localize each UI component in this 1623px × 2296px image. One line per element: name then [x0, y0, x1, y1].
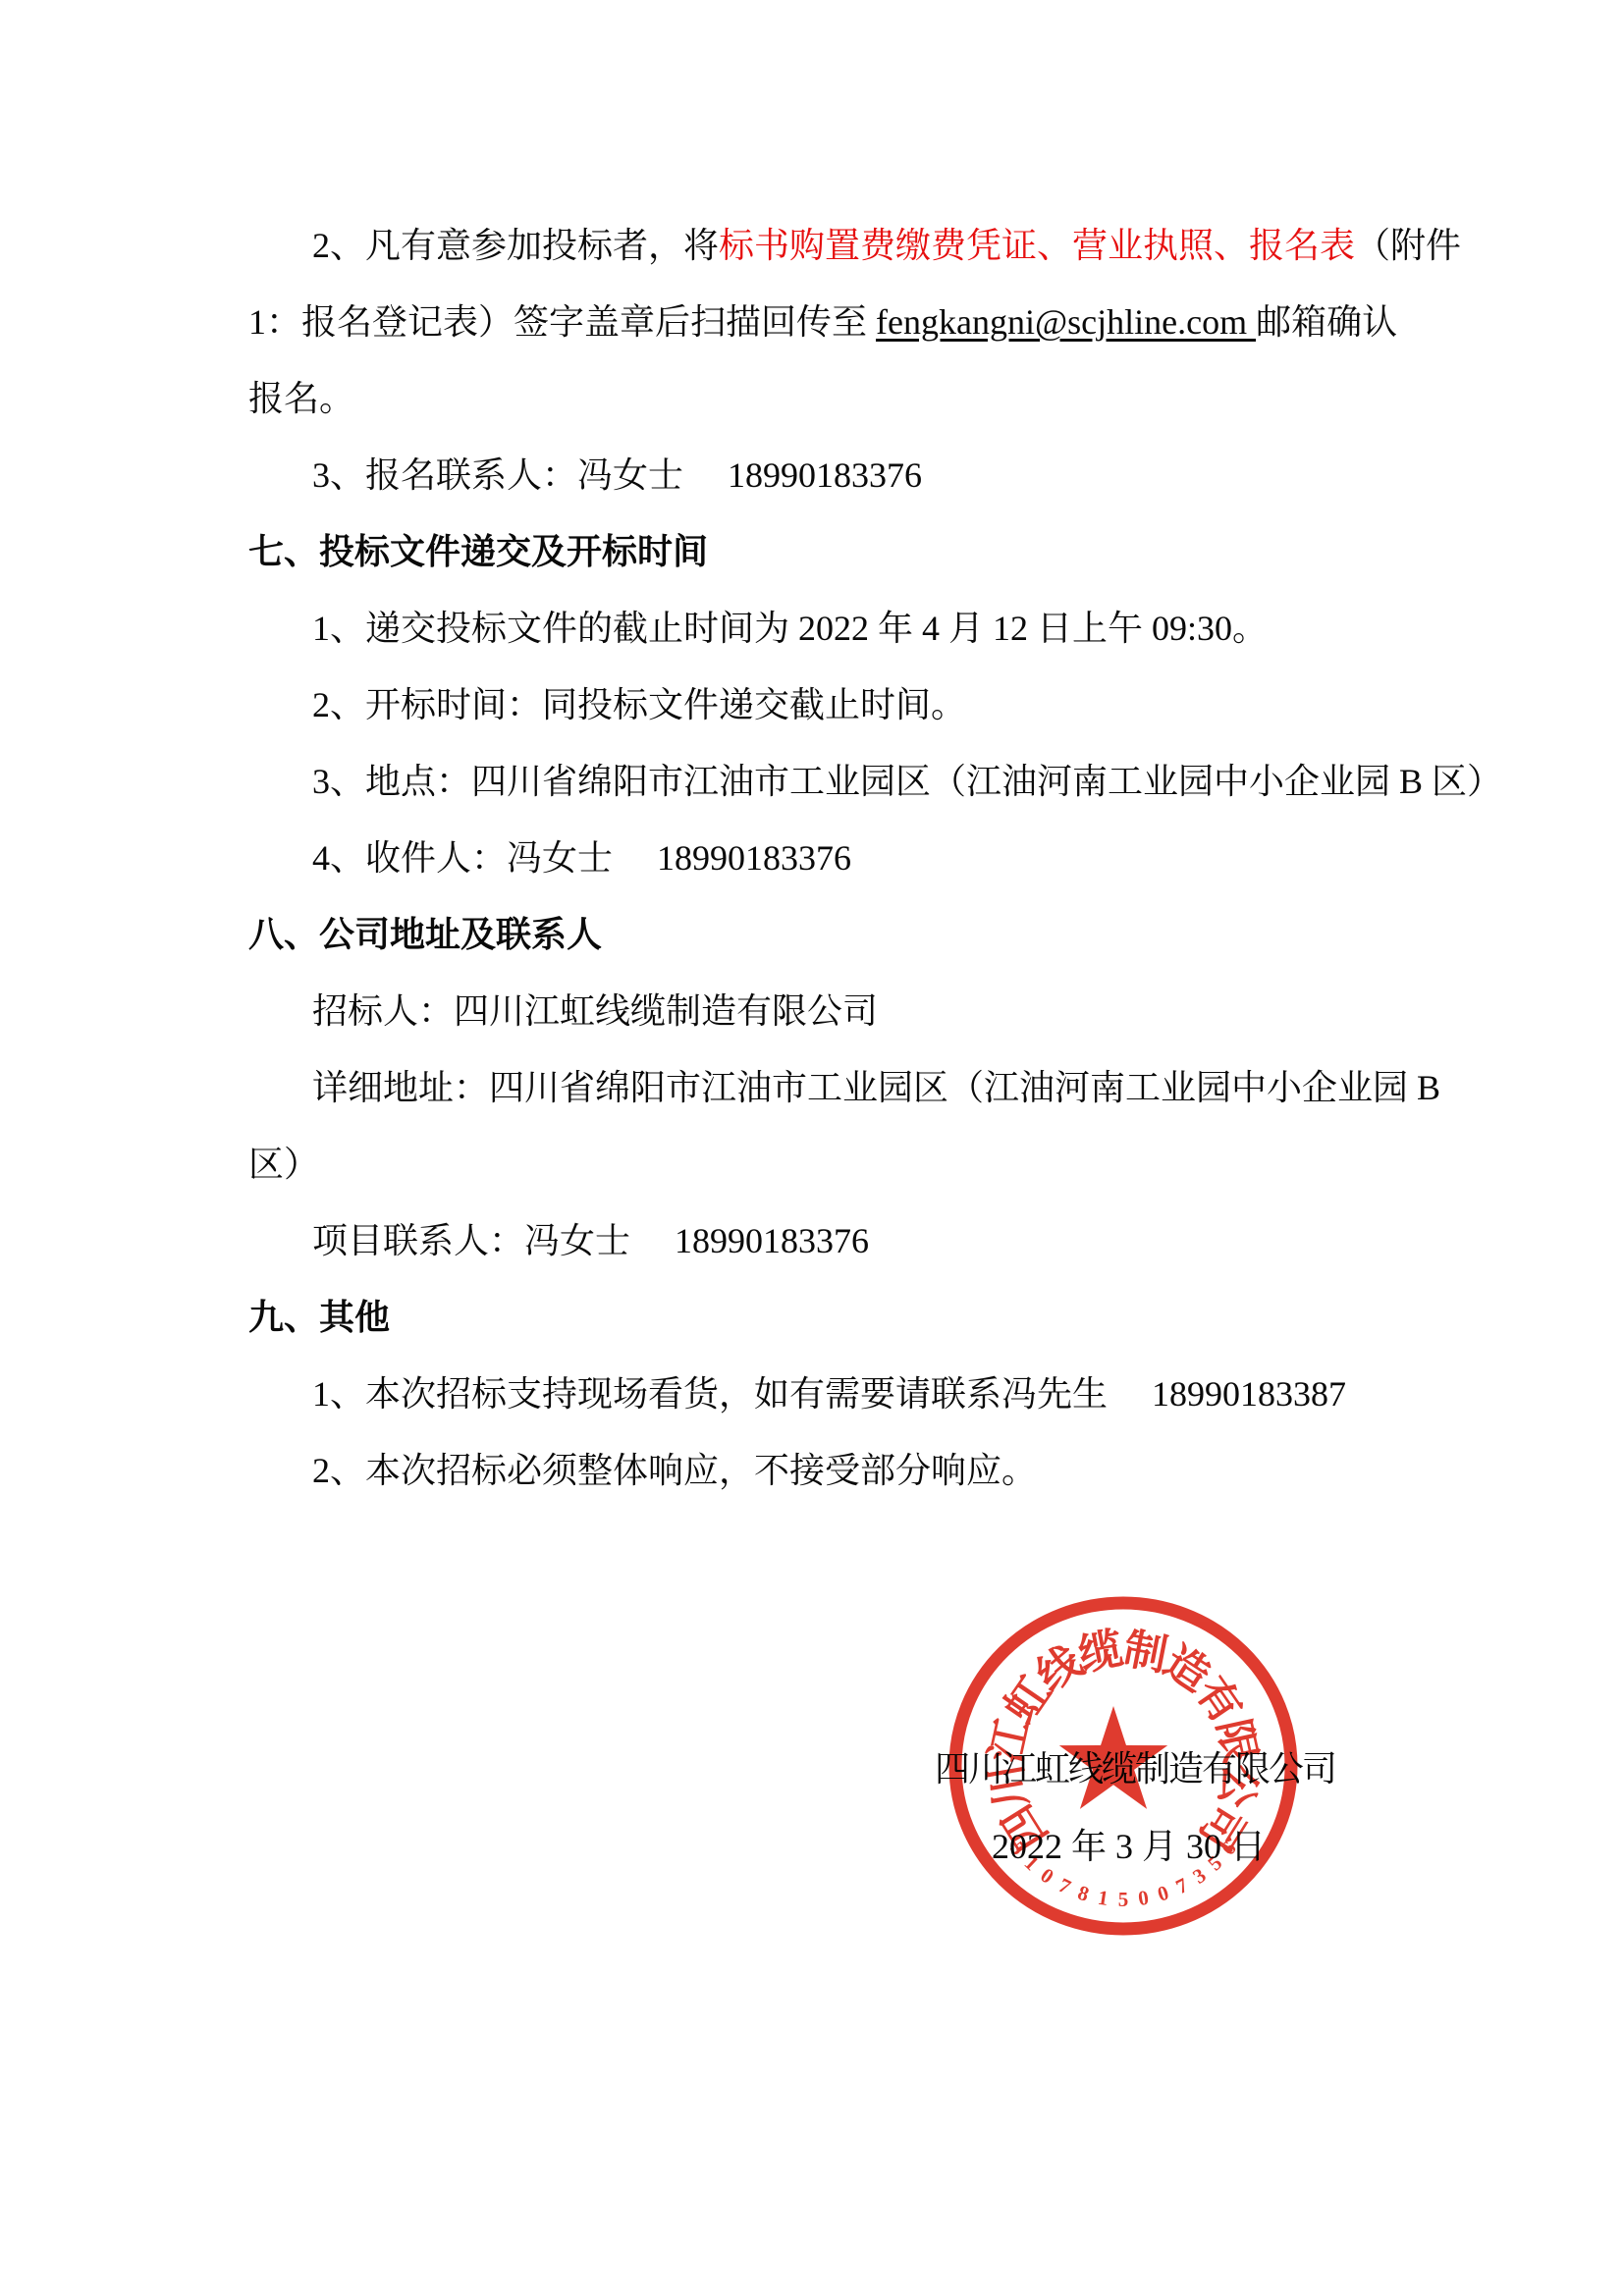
document-page: 2、凡有意参加投标者，将标书购置费缴费凭证、营业执照、报名表（附件1：报名登记表…: [0, 0, 1623, 2296]
company-seal: 四川江虹线缆制造有限公司 5107815007356: [0, 0, 1623, 2296]
signature-company-name: 四川江虹线缆制造有限公司: [935, 1747, 1335, 1790]
svg-text:1: 1: [1096, 1886, 1109, 1910]
svg-text:7: 7: [1055, 1873, 1074, 1898]
svg-text:7: 7: [1172, 1873, 1192, 1898]
signature-date: 2022 年 3 月 30 日: [992, 1825, 1266, 1868]
svg-text:0: 0: [1136, 1886, 1150, 1910]
svg-text:5: 5: [1118, 1888, 1129, 1911]
svg-text:8: 8: [1075, 1881, 1092, 1906]
svg-text:0: 0: [1155, 1881, 1171, 1906]
svg-text:缆: 缆: [1075, 1625, 1127, 1681]
